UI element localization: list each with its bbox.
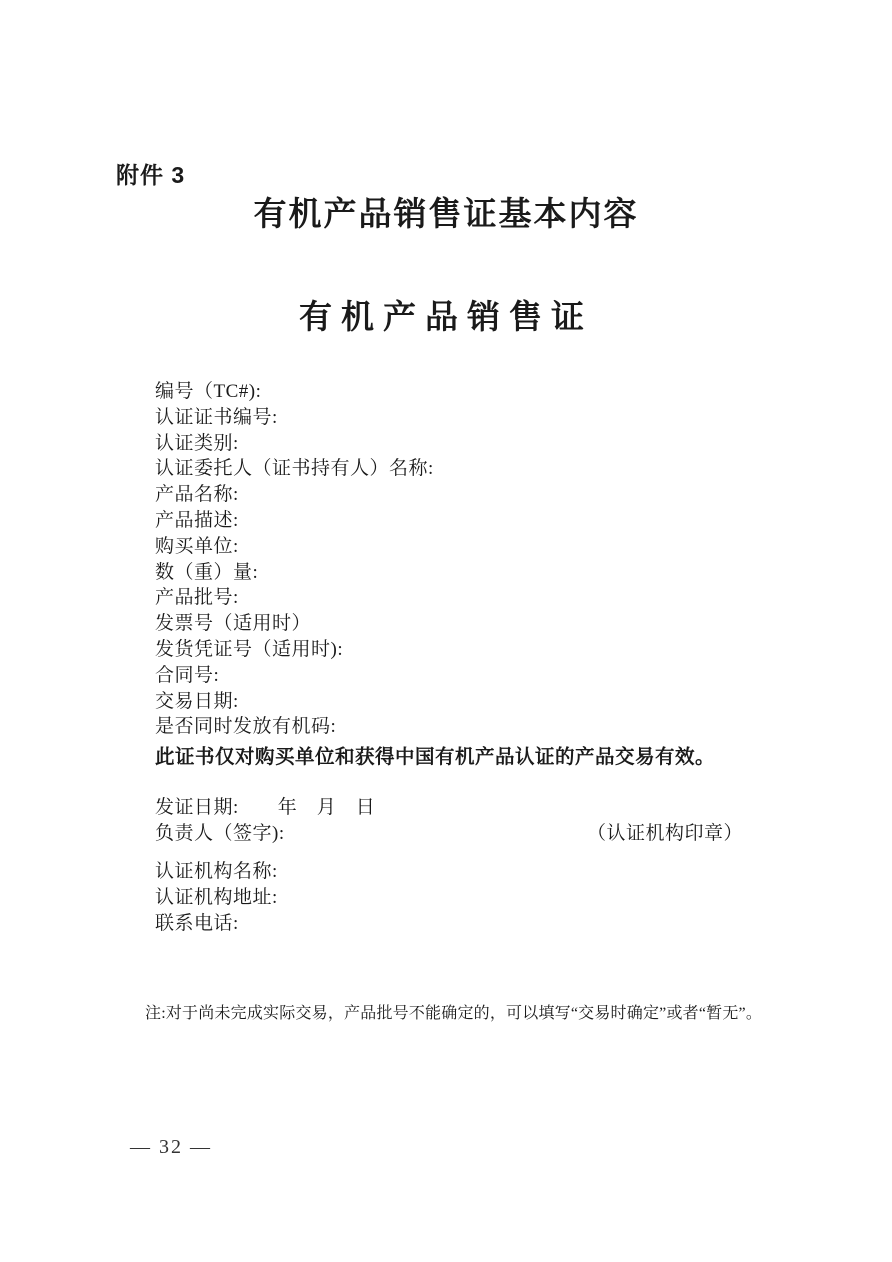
certification-body-seal-label: （认证机构印章） — [587, 821, 743, 847]
certification-body-fields: 认证机构名称: 认证机构地址: 联系电话: — [155, 859, 278, 936]
attachment-label: 附件 3 — [116, 157, 185, 190]
field-line-org-phone: 联系电话: — [155, 911, 278, 937]
field-line-invoice-number: 发票号（适用时） — [155, 611, 434, 637]
field-line-org-name: 认证机构名称: — [155, 859, 278, 885]
validity-statement: 此证书仅对购买单位和获得中国有机产品认证的产品交易有效。 — [155, 745, 715, 771]
field-line-organic-code: 是否同时发放有机码: — [155, 714, 434, 740]
issue-date-line: 发证日期: 年 月 日 — [155, 795, 775, 821]
issue-block: 发证日期: 年 月 日 负责人（签字): （认证机构印章） — [155, 795, 775, 847]
document-title: 有机产品销售证基本内容 — [0, 196, 892, 236]
field-line-contract-number: 合同号: — [155, 663, 434, 689]
certificate-title: 有机产品销售证 — [0, 299, 892, 339]
field-line-buyer: 购买单位: — [155, 534, 434, 560]
field-line-client-name: 认证委托人（证书持有人）名称: — [155, 456, 434, 482]
field-line-quantity: 数（重）量: — [155, 560, 434, 586]
footnote: 注:对于尚未完成实际交易，产品批号不能确定的，可以填写“交易时确定”或者“暂无”… — [145, 1000, 762, 1023]
field-line-shipping-voucher: 发货凭证号（适用时): — [155, 637, 434, 663]
document-page: 附件 3 有机产品销售证基本内容 有机产品销售证 编号（TC#): 认证证书编号… — [0, 0, 892, 1262]
field-line-org-address: 认证机构地址: — [155, 885, 278, 911]
field-line-product-description: 产品描述: — [155, 508, 434, 534]
field-line-cert-number: 认证证书编号: — [155, 405, 434, 431]
field-line-batch-number: 产品批号: — [155, 585, 434, 611]
field-line-transaction-date: 交易日期: — [155, 689, 434, 715]
field-line-tc-number: 编号（TC#): — [155, 379, 434, 405]
signer-row: 负责人（签字): （认证机构印章） — [155, 821, 775, 847]
page-number: — 32 — — [130, 1136, 212, 1159]
responsible-person-label: 负责人（签字): — [155, 823, 285, 844]
certificate-fields: 编号（TC#): 认证证书编号: 认证类别: 认证委托人（证书持有人）名称: 产… — [155, 379, 434, 740]
field-line-cert-category: 认证类别: — [155, 431, 434, 457]
field-line-product-name: 产品名称: — [155, 482, 434, 508]
